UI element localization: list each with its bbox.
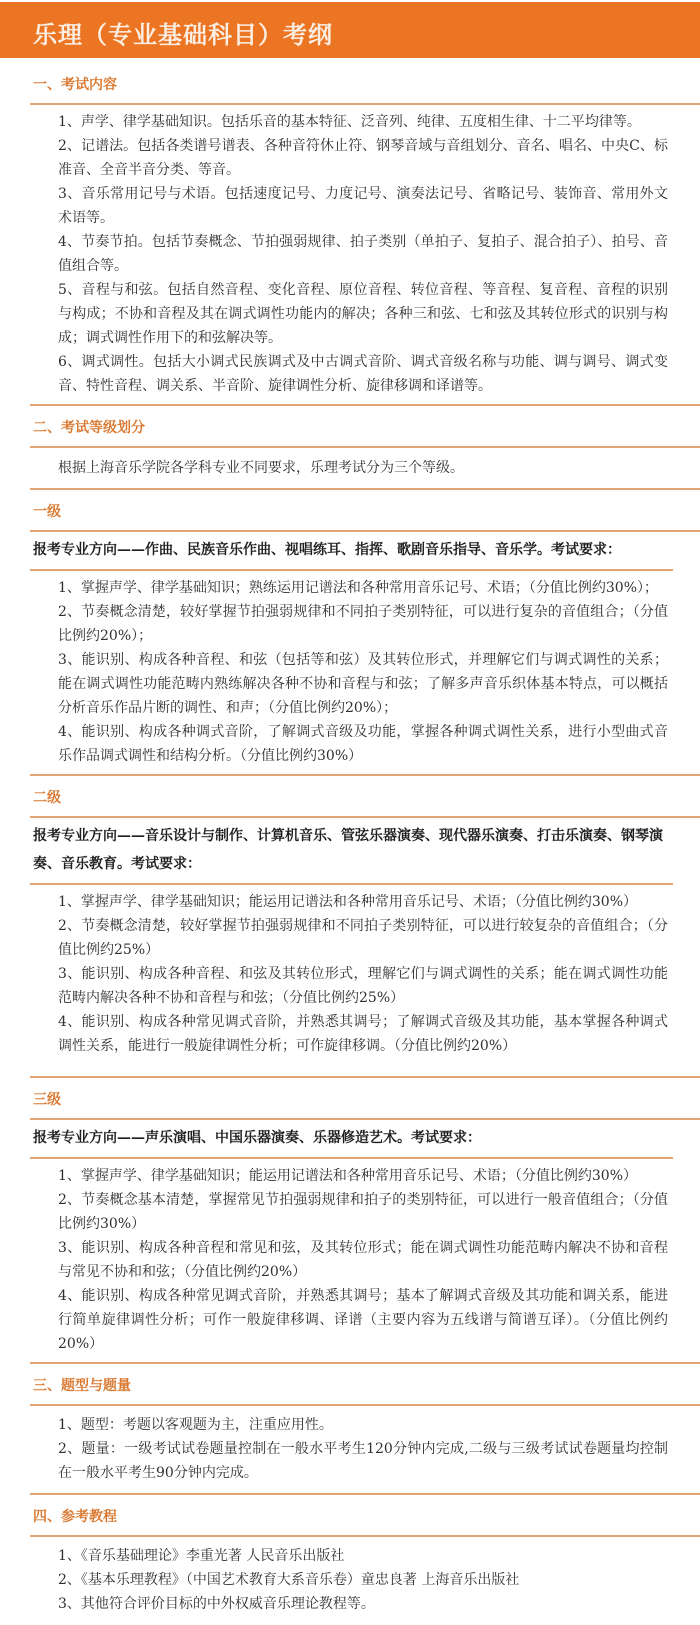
list-item: 3、能识别、构成各种音程、和弦（包括等和弦）及其转位形式，并理解它们与调式调性的… [58, 648, 668, 720]
list-item: 2、节奏概念清楚，较好掌握节拍强弱规律和不同拍子类别特征，可以进行复杂的音值组合… [58, 600, 668, 648]
list-item: 1、掌握声学、律学基础知识；能运用记谱法和各种常用音乐记号、术语；（分值比例约3… [58, 890, 668, 914]
list-item: 4、能识别、构成各种常见调式音阶，并熟悉其调号；基本了解调式音级及其功能和调关系… [58, 1284, 668, 1356]
levels-intro: 根据上海音乐学院各学科专业不同要求，乐理考试分为三个等级。 [58, 456, 668, 480]
level-2-direction: 报考专业方向——音乐设计与制作、计算机音乐、管弦乐器演奏、现代器乐演奏、打击乐演… [30, 818, 673, 885]
list-item: 1、掌握声学、律学基础知识；能运用记谱法和各种常用音乐记号、术语；（分值比例约3… [58, 1164, 668, 1188]
list-item: 4、能识别、构成各种常见调式音阶，并熟悉其调号；了解调式音级及其功能，基本掌握各… [58, 1010, 668, 1058]
list-item: 2、记谱法。包括各类谱号谱表、各种音符休止符、钢琴音域与音组划分、音名、唱名、中… [58, 134, 668, 182]
section-heading-references: 四、参考教程 [30, 1495, 700, 1537]
list-item: 4、能识别、构成各种调式音阶，了解调式音级及功能，掌握各种调式调性关系，进行小型… [58, 720, 668, 768]
reference-item: 2、《基本乐理教程》（中国艺术教育大系音乐卷）童忠良著 上海音乐出版社 [58, 1568, 668, 1592]
list-item: 2、节奏概念基本清楚，掌握常见节拍强弱规律和拍子的类别特征，可以进行一般音值组合… [58, 1188, 668, 1236]
section-heading-question-types: 三、题型与题量 [30, 1364, 700, 1406]
document-body: 一、考试内容 1、声学、律学基础知识。包括乐音的基本特征、泛音列、纯律、五度相生… [30, 58, 700, 1625]
list-item: 6、调式调性。包括大小调式民族调式及中古调式音阶、调式音级名称与功能、调与调号、… [58, 350, 668, 398]
question-types-list: 1、题型：考题以客观题为主，注重应用性。 2、题量：一级考试试卷题量控制在一般水… [30, 1406, 700, 1495]
reference-item: 3、其他符合评价目标的中外权威音乐理论教程等。 [58, 1592, 668, 1616]
list-item: 4、节奏节拍。包括节奏概念、节拍强弱规律、拍子类别（单拍子、复拍子、混合拍子）、… [58, 230, 668, 278]
list-item: 2、题量：一级考试试卷题量控制在一般水平考生120分钟内完成,二级与三级考试试卷… [58, 1437, 668, 1485]
list-item: 5、音程与和弦。包括自然音程、变化音程、原位音程、转位音程、等音程、复音程、音程… [58, 278, 668, 350]
exam-content-list: 1、声学、律学基础知识。包括乐音的基本特征、泛音列、纯律、五度相生律、十二平均律… [30, 105, 700, 406]
level-1-direction: 报考专业方向——作曲、民族音乐作曲、视唱练耳、指挥、歌剧音乐指导、音乐学。考试要… [30, 532, 673, 571]
levels-intro-block: 根据上海音乐学院各学科专业不同要求，乐理考试分为三个等级。 [30, 448, 700, 490]
list-item: 1、题型：考题以客观题为主，注重应用性。 [58, 1413, 668, 1437]
list-item: 3、音乐常用记号与术语。包括速度记号、力度记号、演奏法记号、省略记号、装饰音、常… [58, 182, 668, 230]
list-item: 1、掌握声学、律学基础知识；熟练运用记谱法和各种常用音乐记号、术语；（分值比例约… [58, 576, 668, 600]
page-header: 乐理（专业基础科目）考纲 [0, 2, 700, 58]
level-1-requirements: 1、掌握声学、律学基础知识；熟练运用记谱法和各种常用音乐记号、术语；（分值比例约… [30, 571, 700, 776]
level-3-requirements: 1、掌握声学、律学基础知识；能运用记谱法和各种常用音乐记号、术语；（分值比例约3… [30, 1159, 700, 1364]
list-item: 1、声学、律学基础知识。包括乐音的基本特征、泛音列、纯律、五度相生律、十二平均律… [58, 110, 668, 134]
list-item: 3、能识别、构成各种音程、和弦及其转位形式，理解它们与调式调性的关系；能在调式调… [58, 962, 668, 1010]
reference-item: 1、《音乐基础理论》李重光著 人民音乐出版社 [58, 1544, 668, 1568]
page-title: 乐理（专业基础科目）考纲 [33, 15, 333, 50]
level-2-title: 二级 [30, 776, 700, 818]
section-heading-levels: 二、考试等级划分 [30, 406, 700, 448]
section-heading-exam-content: 一、考试内容 [30, 58, 700, 105]
level-3-direction: 报考专业方向——声乐演唱、中国乐器演奏、乐器修造艺术。考试要求： [30, 1120, 673, 1159]
list-item: 2、节奏概念清楚，较好掌握节拍强弱规律和不同拍子类别特征，可以进行较复杂的音值组… [58, 914, 668, 962]
level-2-requirements: 1、掌握声学、律学基础知识；能运用记谱法和各种常用音乐记号、术语；（分值比例约3… [30, 885, 700, 1078]
list-item: 3、能识别、构成各种音程和常见和弦，及其转位形式；能在调式调性功能范畴内解决不协… [58, 1236, 668, 1284]
level-3-title: 三级 [30, 1078, 700, 1120]
references-list: 1、《音乐基础理论》李重光著 人民音乐出版社 2、《基本乐理教程》（中国艺术教育… [30, 1537, 700, 1625]
level-1-title: 一级 [30, 490, 700, 532]
